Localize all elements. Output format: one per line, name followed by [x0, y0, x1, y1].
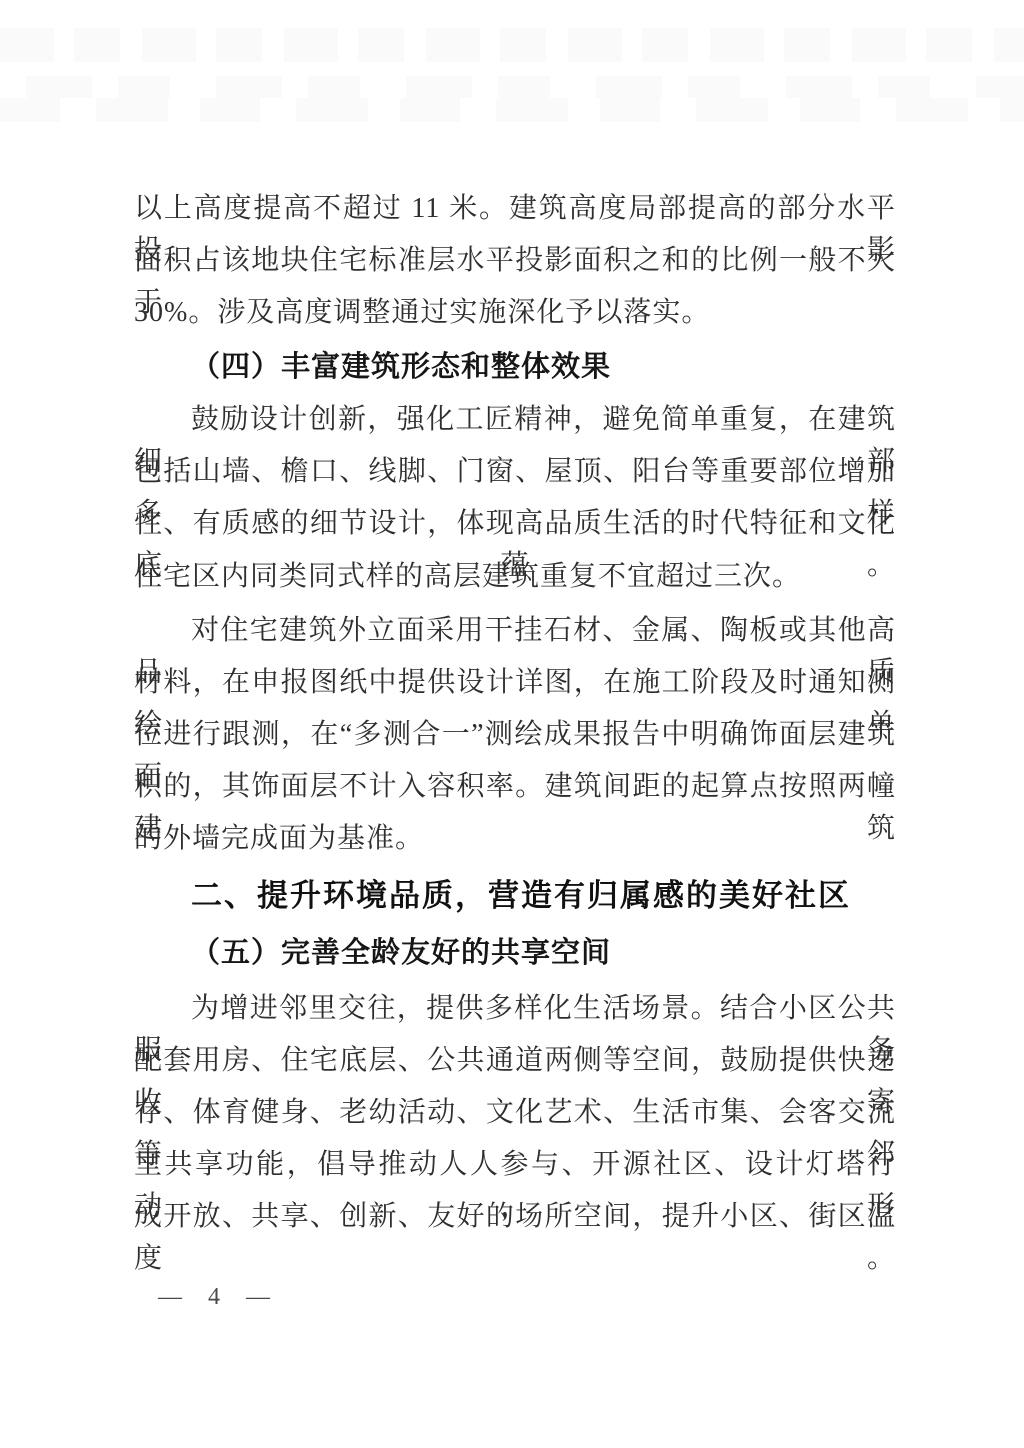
body-line: 住宅区内同类同式样的高层建筑重复不宜超过三次。: [134, 556, 896, 598]
body-line: 成开放、共享、创新、友好的场所空间，提升小区、街区温度。: [134, 1196, 896, 1280]
watermark-band: [0, 28, 1024, 62]
heading-section-2: 二、提升环境品质，营造有归属感的美好社区: [134, 875, 896, 917]
heading-item-4: （四）丰富建筑形态和整体效果: [134, 346, 896, 388]
body-line: 的外墙完成面为基准。: [134, 818, 896, 860]
watermark-band: [0, 76, 1024, 98]
body-line: 30%。涉及高度调整通过实施深化予以落实。: [134, 292, 896, 334]
document-page: 以上高度提高不超过 11 米。建筑高度局部提高的部分水平投影 面积占该地块住宅标…: [0, 0, 1024, 1448]
heading-item-5: （五）完善全龄友好的共享空间: [134, 932, 896, 974]
watermark-band: [0, 98, 1024, 122]
page-number: — 4 —: [158, 1284, 280, 1311]
